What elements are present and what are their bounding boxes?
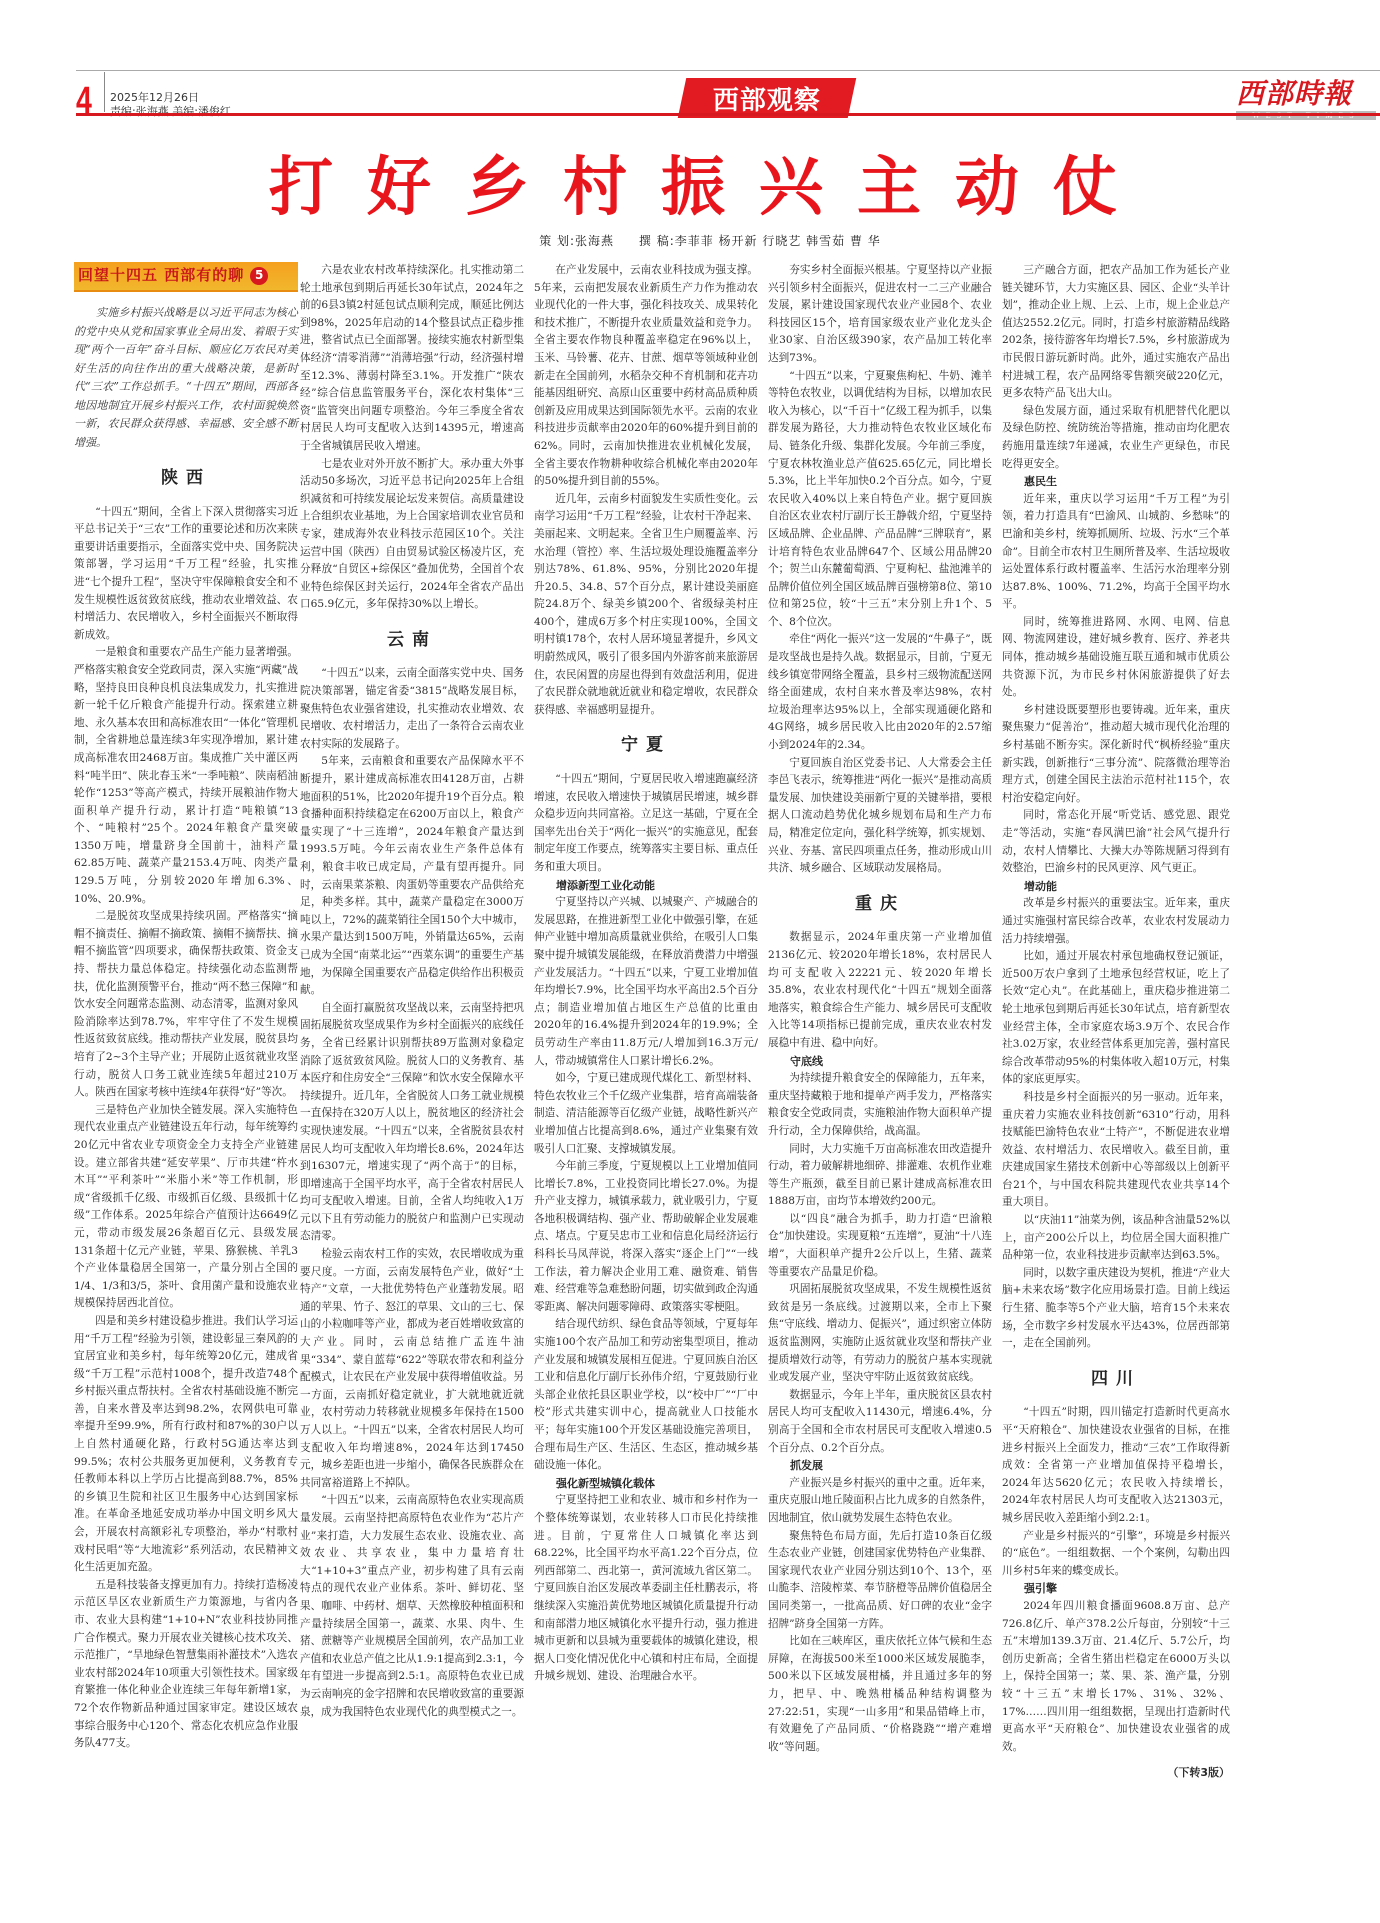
article-columns: 回望十四五 西部有的聊 5 实施乡村振兴战略是以习近平同志为核心的党中央从党和国… [74,262,1364,1902]
paragraph: 自全面打赢脱贫攻坚战以来，云南坚持把巩固拓展脱贫攻坚成果作为乡村全面振兴的底线任… [300,1000,524,1246]
column-3: 在产业发展中，云南农业科技成为强支撑。5年来，云南把发展农业新质生产力作为推动农… [534,262,758,1686]
editor-credits: 责编:张海燕 美编:潘俊红 [110,105,231,119]
paragraph: “十四五”时期，四川锚定打造新时代更高水平“天府粮仓”、加快建设农业强省的目标，… [1002,1404,1230,1527]
paragraph: 今年前三季度，宁夏规模以上工业增加值同比增长7.8%，工业投资同比增长27.0%… [534,1158,758,1316]
continued-notice: （下转3版） [1002,1764,1230,1782]
masthead-top-rule [76,70,1380,71]
paragraph: 聚焦特色布局方面，先后打造10条百亿级生态农业产业链，创建国家优势特色产业集群、… [768,1528,992,1634]
subheading: 强引擎 [1002,1580,1230,1598]
paragraph: 五是科技装备支撑更加有力。持续打造杨凌示范区旱区农业新质生产力策源地，与省内各市… [74,1577,298,1753]
paragraph: “十四五”期间，宁夏居民收入增速跑赢经济增速，农民收入增速快于城镇居民增速，城乡… [534,771,758,877]
paragraph: 比如，通过开展农村承包地确权登记颁证，近500万农户拿到了土地承包经营权证，吃上… [1002,948,1230,1089]
issue-date: 2025年12月26日 [110,91,231,105]
paragraph: 数据显示，2024年重庆第一产业增加值2136亿元、较2020年增长18%，农村… [768,929,992,1052]
paragraph: 检验云南农村工作的实效，农民增收成为重要尺度。一方面，云南发展特色产业，做好“土… [300,1246,524,1492]
subheading: 守底线 [768,1053,992,1071]
paragraph: 绿色发展方面，通过采取有机肥替代化肥以及绿色防控、统防统治等措施，推动亩均化肥农… [1002,403,1230,473]
paragraph: “十四五”期间，全省上下深入贯彻落实习近平总书记关于“三农”工作的重要论述和历次… [74,504,298,645]
paragraph: 数据显示，今年上半年，重庆脱贫区县农村居民人均可支配收入11430元，增速6.4… [768,1387,992,1457]
section-heading-chongqing: 重庆 [768,896,992,914]
section-badge: 西部观察 [678,78,857,118]
column-2: 六是农业农村改革持续深化。扎实推动第二轮土地承包到期后再延长30年试点，2024… [300,262,524,1721]
page-headline: 打好乡村振兴主动仗 [60,150,1360,226]
paragraph: 七是农业对外开放不断扩大。承办重大外事活动50多场次，习近平总书记向2025年上… [300,456,524,614]
paragraph: 宁夏坚持以产兴城、以城聚产、产城融合的发展思路，在推进新型工业化中做强引擎，在延… [534,894,758,1070]
paragraph: 同时，以数字重庆建设为契机，推进“产业大脑+未来农场”数字化应用场景打造。目前上… [1002,1265,1230,1353]
masthead-divider [104,72,105,112]
paragraph: “十四五”以来，云南全面落实党中央、国务院决策部署，锚定省委“3815”战略发展… [300,665,524,753]
paragraph: 科技是乡村全面振兴的另一驱动。近年来，重庆着力实施农业科技创新“6310”行动，… [1002,1089,1230,1212]
paragraph: 产业是乡村振兴的“引擎”，环境是乡村振兴的“底色”。一组组数据、一个个案例，勾勒… [1002,1528,1230,1581]
masthead-red-rule [76,113,1380,116]
paragraph: 四是和美乡村建设稳步推进。我们认学习运用“千万工程”经验为引领，建设彰显三秦风韵… [74,1313,298,1577]
paragraph: 以“庆油11”油菜为例，该品种含油量52%以上，亩产200公斤以上，均位居全国大… [1002,1212,1230,1265]
byline-writers: 撰 稿:李菲菲 杨开新 行晓艺 韩雪茹 曹 华 [639,234,881,248]
paragraph: 2024年四川粮食播面9608.8万亩、总产726.8亿斤、单产378.2公斤每… [1002,1598,1230,1756]
paragraph: 比如在三峡库区，重庆依托立体气候和生态屏障，在海拔500米至1000米区域发展脆… [768,1633,992,1756]
column-4: 夯实乡村全面振兴根基。宁夏坚持以产业振兴引领乡村全面振兴，促进农村一二三产业融合… [768,262,992,1756]
paragraph: 宁夏回族自治区党委书记、人大常委会主任李邑飞表示，统筹推进“两化一振兴”是推动高… [768,755,992,878]
subheading: 增添新型工业化动能 [534,877,758,895]
series-banner: 回望十四五 西部有的聊 5 [74,262,298,292]
paragraph: 一是粮食和重要农产品生产能力显著增强。严格落实粮食安全党政同责，深入实施“两藏”… [74,644,298,908]
paragraph: 六是农业农村改革持续深化。扎实推动第二轮土地承包到期后再延长30年试点，2024… [300,262,524,456]
column-1: 回望十四五 西部有的聊 5 实施乡村振兴战略是以习近平同志为核心的党中央从党和国… [74,262,298,1753]
series-title: 回望十四五 西部有的聊 [78,267,244,285]
section-heading-ningxia: 宁夏 [534,737,758,755]
paragraph: 5年来，云南粮食和重要农产品保障水平不断提升，累计建成高标准农田4128万亩，占… [300,753,524,999]
paragraph: “十四五”以来，宁夏聚焦枸杞、牛奶、滩羊等特色农牧业，以调优结构为目标，以增加农… [768,368,992,632]
subheading: 抓发展 [768,1457,992,1475]
paragraph: 牵住“两化一振兴”这一发展的“牛鼻子”，既是攻坚战也是持久战。数据显示，目前，宁… [768,631,992,754]
paragraph: 同时，统筹推进路网、水网、电网、信息网、物流网建设，建好城乡教育、医疗、养老共同… [1002,614,1230,702]
paragraph: 结合现代纺织、绿色食品等领域，宁夏每年实施100个农产品加工和劳动密集型项目，推… [534,1316,758,1474]
logo-chinese: 西部時報 [1236,78,1376,110]
subheading: 强化新型城镇化载体 [534,1475,758,1493]
paragraph: “十四五”以来，云南高原特色农业实现高质量发展。云南坚持把高原特色农业作为“芯片… [300,1492,524,1721]
paragraph: 三产融合方面，把农产品加工作为延长产业链关键环节，大力实施区县、园区、企业“头羊… [1002,262,1230,403]
article-lead: 实施乡村振兴战略是以习近平同志为核心的党中央从党和国家事业全局出发、着眼于实现“… [74,304,298,452]
paragraph: 夯实乡村全面振兴根基。宁夏坚持以产业振兴引领乡村全面振兴，促进农村一二三产业融合… [768,262,992,368]
paragraph: 近几年，云南乡村面貌发生实质性变化。云南学习运用“千万工程”经验，让农村干净起来… [534,491,758,720]
paragraph: 三是特色产业加快全链发展。深入实施特色现代农业重点产业链建设五年行动，每年统筹约… [74,1102,298,1313]
paragraph: 以“四良”融合为抓手，助力打造“巴渝粮仓”加快建设。实现夏粮“五连增”，夏油“十… [768,1211,992,1281]
paragraph: 改革是乡村振兴的重要法宝。近年来，重庆通过实施强村富民综合改革，农业农村发展动力… [1002,895,1230,948]
subheading: 增动能 [1002,878,1230,896]
paragraph: 巩固拓展脱贫攻坚成果，不发生规模性返贫致贫是另一条底线。过渡期以来，全市上下聚焦… [768,1281,992,1387]
paragraph: 如今，宁夏已建成现代煤化工、新型材料、特色农牧业三个千亿级产业集群，培育高端装备… [534,1070,758,1158]
section-heading-sichuan: 四川 [1002,1371,1230,1389]
byline: 策 划:张海燕 撰 稿:李菲菲 杨开新 行晓艺 韩雪茹 曹 华 [60,232,1360,249]
masthead: 4 2025年12月26日 责编:张海燕 美编:潘俊红 西部观察 西部時報 WE… [76,70,1380,110]
subheading: 惠民生 [1002,473,1230,491]
paragraph: 为持续提升粮食安全的保障能力，五年来，重庆坚持藏粮于地和提单产两手发力，严格落实… [768,1070,992,1140]
byline-planner: 策 划:张海燕 [539,234,614,248]
paragraph: 同时，大力实施千万亩高标准农田改造提升行动，着力破解耕地细碎、排灌难、农机作业难… [768,1141,992,1211]
paragraph: 宁夏坚持把工业和农业、城市和乡村作为一个整体统筹谋划，农业转移人口市民化持续推进… [534,1492,758,1686]
series-number-badge: 5 [250,267,268,285]
paragraph: 在产业发展中，云南农业科技成为强支撑。5年来，云南把发展农业新质生产力作为推动农… [534,262,758,491]
paragraph: 二是脱贫攻坚成果持续巩固。严格落实“摘帽不摘责任、摘帽不摘政策、摘帽不摘帮扶、摘… [74,908,298,1102]
paragraph: 乡村建设既要塑形也要铸魂。近年来，重庆聚焦聚力“促善治”，推动超大城市现代化治理… [1002,702,1230,808]
paragraph: 同时，常态化开展“听党话、感党恩、跟党走”等活动，实施“春风满巴渝”社会风气提升… [1002,807,1230,877]
section-name: 西部观察 [713,80,821,117]
section-heading-shaanxi: 陕西 [74,470,298,488]
paragraph: 近年来，重庆以学习运用“千万工程”为引领，着力打造具有“巴渝风、山城韵、乡愁味”… [1002,491,1230,614]
section-heading-yunnan: 云南 [300,632,524,650]
paragraph: 产业振兴是乡村振兴的重中之重。近年来，重庆克服山地丘陵面积占比九成多的自然条件，… [768,1475,992,1528]
column-5: 三产融合方面，把农产品加工作为延长产业链关键环节，大力实施区县、园区、企业“头羊… [1002,262,1230,1782]
